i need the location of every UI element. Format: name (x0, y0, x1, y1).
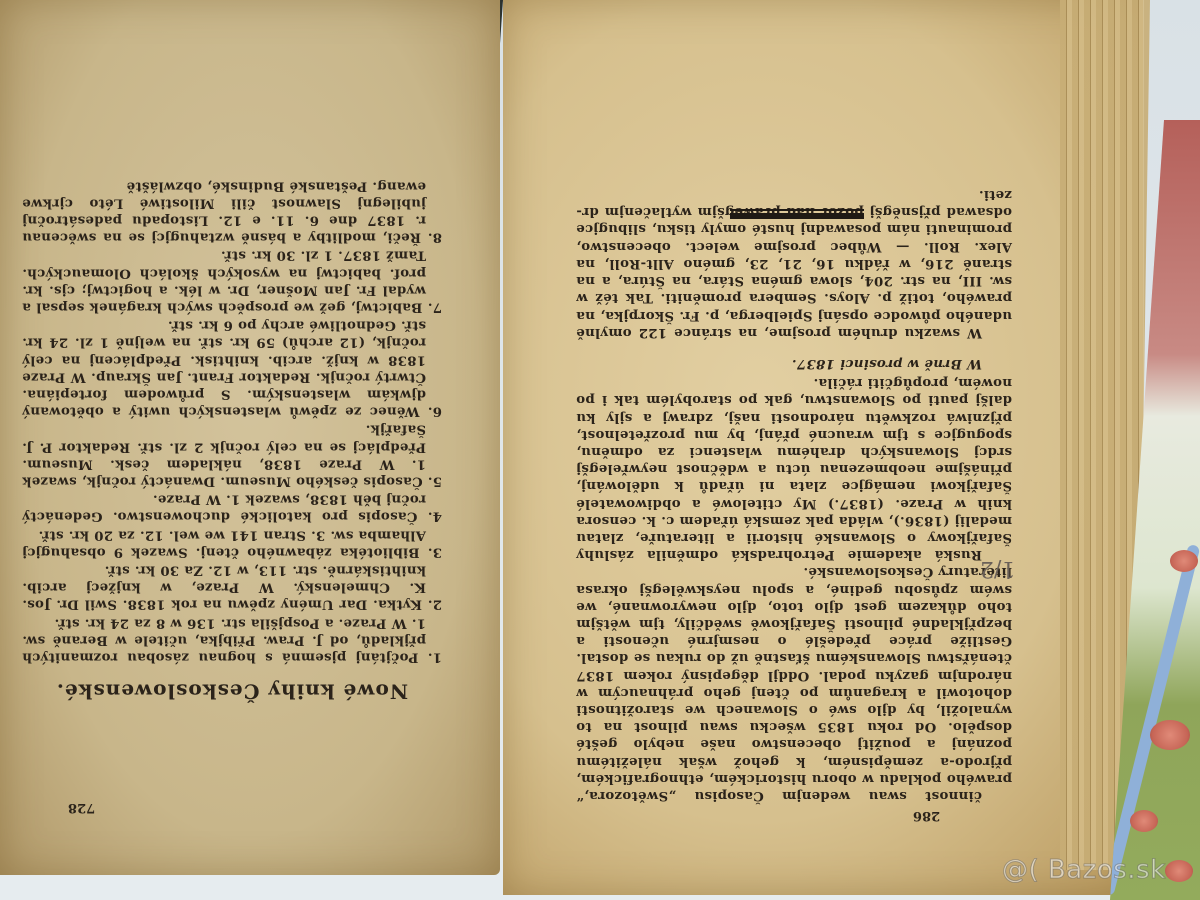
section-heading: Nowé knihy Českoslowenské. (22, 680, 442, 704)
right-page-text: činnost swau wedenjm Časopisu „Swětozora… (576, 186, 1012, 804)
rose-icon (1165, 860, 1193, 882)
book-entry: 6. Wěnec ze zpěwů wlastenských uwitý a o… (22, 317, 442, 420)
book-entry: 8. Řeči, modlitby a básně wztahugjcj se … (22, 177, 442, 246)
book-entry: 3. Bibliotéka zábawného čtenj. Swazek 9 … (22, 526, 442, 560)
left-page-text: Nowé knihy Českoslowenské. 1. Počjtánj p… (22, 176, 442, 714)
rose-icon (1150, 720, 1190, 750)
book-entry: 1. Počjtánj pjsemná s hognau zásobau roz… (22, 614, 442, 666)
bazos-watermark: @( Bazos.sk (1002, 855, 1166, 885)
rose-icon (1130, 810, 1158, 832)
photo-scene: Nowé knihy Českoslowenské. 1. Počjtánj p… (0, 0, 1200, 900)
page-number-right: 286 (913, 808, 940, 823)
dateline: W Brně w prosinci 1837. (576, 355, 1012, 372)
paragraph: Ruská akademie Petrohradská odměnila zás… (576, 374, 1012, 563)
decorative-rule (730, 209, 864, 219)
paragraph: činnost swau wedenjm Časopisu „Swětozora… (576, 563, 1012, 804)
book-entry: 4. Časopis pro katolické duchowenstwo. G… (22, 491, 442, 525)
rose-icon (1170, 550, 1198, 572)
book-entry: 2. Kytka. Dar Umény zpěwu na rok 1838. S… (22, 561, 442, 613)
book-entry: 5. Časopis českého Museum. Dwanáctý ročn… (22, 421, 442, 490)
page-number-left: 728 (68, 800, 95, 815)
pencil-mark: 1/2 (980, 556, 1015, 581)
book-entry: 7. Babictwj, gež we prospěch swých kragá… (22, 247, 442, 316)
